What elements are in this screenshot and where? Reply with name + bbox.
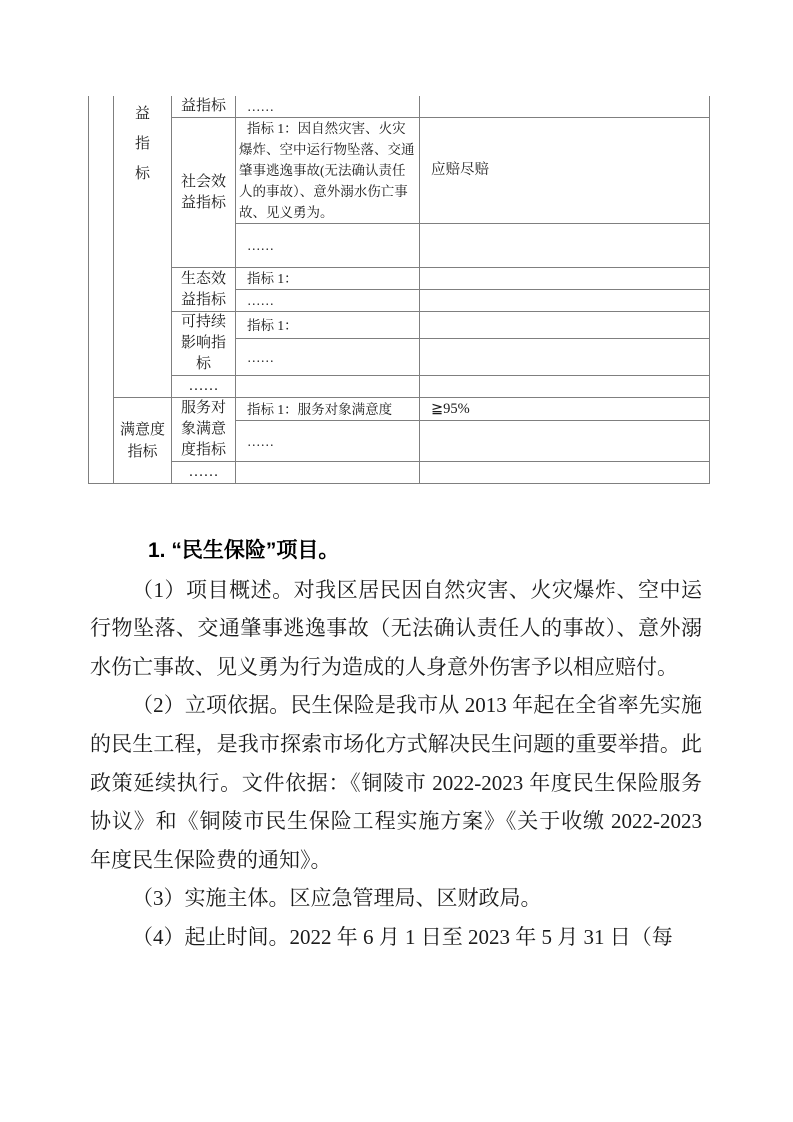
table-cell-indicator: …… (236, 290, 420, 312)
table-cell-value: 应赔尽赔 (420, 118, 710, 224)
table-cell-value-empty (420, 462, 710, 484)
table-cell-value-empty (420, 290, 710, 312)
table-cell-benefit-group: 益 指 标 (114, 96, 172, 398)
table-cell-value-empty (420, 376, 710, 398)
table-cell-empty-left (89, 96, 114, 484)
section-heading: 1. “民生保险”项目。 (90, 532, 702, 571)
table-cell-value: ≧95% (420, 398, 710, 421)
table-cell-value-empty (420, 312, 710, 339)
document-page: { "document": { "table": { "group_benefi… (0, 0, 793, 1122)
paragraph-project-basis: （2）立项依据。民生保险是我市从 2013 年起在全省率先实施的民生工程，是我市… (90, 686, 702, 879)
table-cell-subgroup: …… (172, 462, 236, 484)
table-cell-empty (236, 376, 420, 398)
table-cell-indicator: …… (236, 421, 420, 462)
table-cell-indicator: 指标 1：服务对象满意度 (236, 398, 420, 421)
table-cell-empty (236, 462, 420, 484)
table-cell-subgroup: 社会效益指标 (172, 118, 236, 268)
table-cell-subgroup: 益指标 (172, 96, 236, 118)
paragraph-implementing-body: （3）实施主体。区应急管理局、区财政局。 (90, 879, 702, 918)
table-cell-indicator: 指标 1： (236, 268, 420, 290)
table-cell-subgroup: 生态效益指标 (172, 268, 236, 312)
table-cell-value-empty (420, 421, 710, 462)
performance-indicator-table: 益 指 标 益指标 …… 社会效益指标 指标 1：因自然灾害、火灾爆炸、空中运行… (88, 96, 710, 484)
table-cell-satisfaction-group: 满意度指标 (114, 398, 172, 484)
benefit-char: 益 (114, 99, 171, 129)
table-cell-indicator: …… (236, 224, 420, 268)
table-cell-value-empty (420, 96, 710, 118)
benefit-char: 指 (114, 129, 171, 159)
table-cell-indicator: 指标 1：因自然灾害、火灾爆炸、空中运行物坠落、交通肇事逃逸事故(无法确认责任人… (236, 118, 420, 224)
table-cell-subgroup: 服务对象满意度指标 (172, 398, 236, 462)
table-cell-indicator: 指标 1： (236, 312, 420, 339)
table-cell-value-empty (420, 224, 710, 268)
benefit-char: 标 (114, 159, 171, 189)
table-cell-subgroup: 可持续影响指标 (172, 312, 236, 376)
paragraph-time-period: （4）起止时间。2022 年 6 月 1 日至 2023 年 5 月 31 日（… (90, 918, 702, 957)
table-cell-value-empty (420, 339, 710, 376)
section-body: 1. “民生保险”项目。 （1）项目概述。对我区居民因自然灾害、火灾爆炸、空中运… (90, 532, 702, 957)
table-cell-indicator: …… (236, 96, 420, 118)
table-cell-subgroup: …… (172, 376, 236, 398)
table-cell-indicator: …… (236, 339, 420, 376)
table-cell-value-empty (420, 268, 710, 290)
paragraph-project-overview: （1）项目概述。对我区居民因自然灾害、火灾爆炸、空中运行物坠落、交通肇事逃逸事故… (90, 571, 702, 687)
